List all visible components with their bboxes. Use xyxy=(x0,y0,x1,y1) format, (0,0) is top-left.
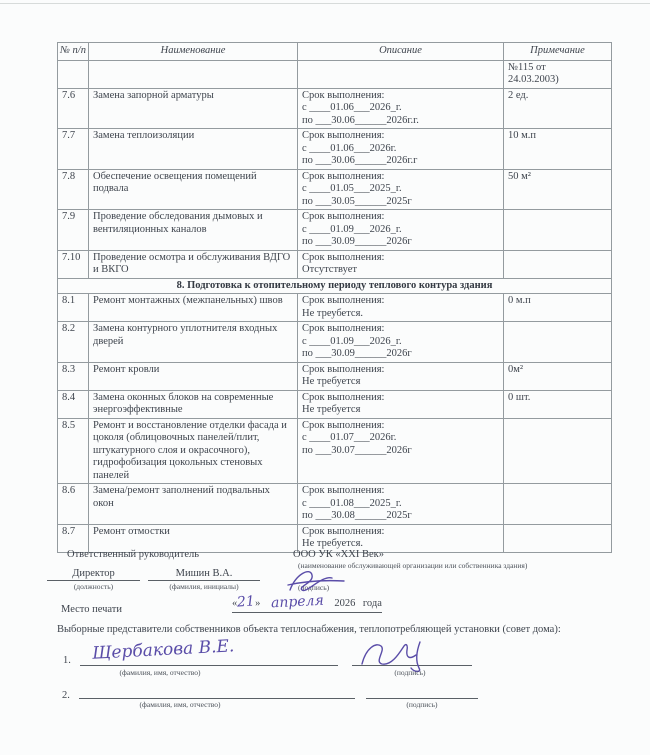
cell-item-note xyxy=(504,322,612,363)
description-line: Срок выполнения: xyxy=(302,485,499,498)
cell-item-note: 0м² xyxy=(504,362,612,390)
cell-item-description: Срок выполнения:с ____01.05___2025_г.по … xyxy=(298,169,504,210)
director-signature xyxy=(286,566,348,596)
cell-item-number: 8.4 xyxy=(58,390,89,418)
cell-item-description: Срок выполнения:с ____01.06___2026г.по _… xyxy=(298,129,504,170)
cell-item-number: 7.10 xyxy=(58,250,89,278)
cell-item-description: Срок выполнения:Отсутствует xyxy=(298,250,504,278)
handwritten-rep1-name: Щербакова В.Е. xyxy=(92,636,235,663)
table-row: 7.8Обеспечение освещения помещений подва… xyxy=(58,169,612,210)
cell-item-note: 2 ед. xyxy=(504,88,612,129)
cell-item-note xyxy=(504,210,612,251)
table-row: 8.6Замена/ремонт заполнений подвальных о… xyxy=(58,484,612,525)
cell-item-name: Проведение обследования дымовых и вентил… xyxy=(89,210,298,251)
column-header-desc: Описание xyxy=(298,43,504,61)
table-row: 8.1Ремонт монтажных (межпанельных) швовС… xyxy=(58,294,612,322)
table-header-row: № п/п Наименование Описание Примечание xyxy=(58,43,612,61)
description-line: по ___30.05______2025г xyxy=(302,196,499,209)
table-row: 7.7Замена теплоизоляцииСрок выполнения:с… xyxy=(58,129,612,170)
note-line: 0м² xyxy=(508,364,607,377)
description-line: с ____01.09___2026_г. xyxy=(302,336,499,349)
section-header-row: 8. Подготовка к отопительному периоду те… xyxy=(58,278,612,294)
rep2-name-field xyxy=(79,680,355,699)
cell-item-name: Ремонт отмостки xyxy=(89,524,298,552)
cell-item-note: №115 от24.03.2003) xyxy=(504,60,612,88)
rep1-signature-hint: (подпись) xyxy=(360,669,460,678)
cell-item-description: Срок выполнения:Не требуется. xyxy=(298,524,504,552)
description-line: Срок выполнения: xyxy=(302,295,499,308)
description-line: Срок выполнения: xyxy=(302,323,499,336)
responsible-manager-label: Ответственный руководитель xyxy=(67,549,199,561)
description-line: с ____01.08___2025_г. xyxy=(302,498,499,511)
cell-item-number: 8.2 xyxy=(58,322,89,363)
note-line: 2 ед. xyxy=(508,90,607,103)
cell-item-description: Срок выполнения:с ____01.08___2025_г.по … xyxy=(298,484,504,525)
table-row: 8.7Ремонт отмосткиСрок выполнения:Не тре… xyxy=(58,524,612,552)
rep2-name-hint: (фамилия, имя, отчество) xyxy=(100,701,260,710)
note-line: 50 м² xyxy=(508,171,607,184)
column-header-name: Наименование xyxy=(89,43,298,61)
organization-name: ООО УК «XXI Век» xyxy=(293,549,384,561)
table-row: 7.6Замена запорной арматурыСрок выполнен… xyxy=(58,88,612,129)
description-line: с ____01.06___2026_г. xyxy=(302,102,499,115)
description-line: Срок выполнения: xyxy=(302,130,499,143)
position-field: Директор xyxy=(47,568,140,581)
description-line: по ___30.06______2026г.г. xyxy=(302,115,499,128)
scanned-document-page: { "page": { "text_color": "#3e444d", "in… xyxy=(0,0,650,755)
cell-item-number: 7.7 xyxy=(58,129,89,170)
table-row: 7.9Проведение обследования дымовых и вен… xyxy=(58,210,612,251)
cell-item-description: Срок выполнения:Не требуется xyxy=(298,390,504,418)
description-line: Срок выполнения: xyxy=(302,392,499,405)
cell-item-note: 0 шт. xyxy=(504,390,612,418)
description-line: Срок выполнения: xyxy=(302,90,499,103)
column-header-note: Примечание xyxy=(504,43,612,61)
cell-item-note xyxy=(504,250,612,278)
cell-item-note: 10 м.п xyxy=(504,129,612,170)
cell-item-name: Обеспечение освещения помещений подвала xyxy=(89,169,298,210)
cell-item-name: Ремонт кровли xyxy=(89,362,298,390)
date-year-suffix: года xyxy=(363,598,382,609)
table-row: 8.5Ремонт и восстановление отделки фасад… xyxy=(58,418,612,484)
rep2-signature-hint: (подпись) xyxy=(372,701,472,710)
rep1-signature xyxy=(356,640,442,670)
cell-item-description: Срок выполнения:с ____01.09___2026_г.по … xyxy=(298,210,504,251)
rep2-number: 2. xyxy=(62,690,70,702)
cell-item-description: Срок выполнения:с ____01.06___2026_г.по … xyxy=(298,88,504,129)
description-line: по ___30.07______2026г xyxy=(302,445,499,458)
description-line: с ____01.05___2025_г. xyxy=(302,183,499,196)
cell-item-number: 8.1 xyxy=(58,294,89,322)
cell-item-note: 0 м.п xyxy=(504,294,612,322)
table-row: 8.2Замена контурного уплотнителя входных… xyxy=(58,322,612,363)
description-line: Отсутствует xyxy=(302,264,499,277)
rep1-number: 1. xyxy=(63,655,71,667)
cell-item-number xyxy=(58,60,89,88)
description-line: по ___30.08______2025г xyxy=(302,510,499,523)
description-line: Срок выполнения: xyxy=(302,526,499,539)
note-line: 10 м.п xyxy=(508,130,607,143)
description-line: с ____01.07___2026г. xyxy=(302,432,499,445)
cell-item-name: Ремонт монтажных (межпанельных) швов xyxy=(89,294,298,322)
date-line: «21» апреля 2026 года xyxy=(232,596,382,613)
description-line: Срок выполнения: xyxy=(302,211,499,224)
description-line: Не требуется xyxy=(302,376,499,389)
cell-item-number: 7.6 xyxy=(58,88,89,129)
cell-item-name: Замена запорной арматуры xyxy=(89,88,298,129)
cell-item-note xyxy=(504,524,612,552)
cell-item-note xyxy=(504,418,612,484)
note-line: 0 м.п xyxy=(508,295,607,308)
maintenance-plan-table: № п/п Наименование Описание Примечание №… xyxy=(57,42,612,553)
handwritten-day: 21 xyxy=(237,595,256,608)
cell-item-name: Замена теплоизоляции xyxy=(89,129,298,170)
date-year: 2026 xyxy=(334,598,355,609)
cell-item-number: 8.7 xyxy=(58,524,89,552)
column-header-num: № п/п xyxy=(58,43,89,61)
description-line: Срок выполнения: xyxy=(302,171,499,184)
cell-item-note xyxy=(504,484,612,525)
description-line: с ____01.06___2026г. xyxy=(302,143,499,156)
description-line: по ___30.09______2026г xyxy=(302,348,499,361)
table-row: 7.10Проведение осмотра и обслуживания ВД… xyxy=(58,250,612,278)
cell-item-name: Проведение осмотра и обслуживания ВДГО и… xyxy=(89,250,298,278)
cell-item-name: Ремонт и восстановление отделки фасада и… xyxy=(89,418,298,484)
handwritten-month: апреля xyxy=(271,595,324,610)
position-hint: (должность) xyxy=(47,583,140,592)
rep2-signature-field xyxy=(366,680,478,699)
cell-item-number: 8.3 xyxy=(58,362,89,390)
cell-item-number: 7.8 xyxy=(58,169,89,210)
cell-item-name xyxy=(89,60,298,88)
description-line: Не требуется xyxy=(302,404,499,417)
section-header-label: 8. Подготовка к отопительному периоду те… xyxy=(58,278,612,294)
cell-item-description: Срок выполнения:Не требуется xyxy=(298,362,504,390)
cell-item-note: 50 м² xyxy=(504,169,612,210)
cell-item-name: Замена контурного уплотнителя входных дв… xyxy=(89,322,298,363)
note-line: №115 от xyxy=(508,62,607,75)
description-line: Срок выполнения: xyxy=(302,252,499,265)
surname-field: Мишин В.А. xyxy=(148,568,260,581)
table-row: №115 от24.03.2003) xyxy=(58,60,612,88)
note-line: 0 шт. xyxy=(508,392,607,405)
cell-item-name: Замена/ремонт заполнений подвальных окон xyxy=(89,484,298,525)
table-row: 8.3Ремонт кровлиСрок выполнения:Не требу… xyxy=(58,362,612,390)
table-row: 8.4Замена оконных блоков на современные … xyxy=(58,390,612,418)
cell-item-description: Срок выполнения:с ____01.09___2026_г.по … xyxy=(298,322,504,363)
representatives-paragraph: Выборные представители собственников объ… xyxy=(57,624,613,636)
cell-item-description: Срок выполнения:с ____01.07___2026г.по _… xyxy=(298,418,504,484)
rep1-name-hint: (фамилия, имя, отчество) xyxy=(80,669,240,678)
rep1-name-field: Щербакова В.Е. xyxy=(80,640,338,666)
cell-item-description xyxy=(298,60,504,88)
description-line: Срок выполнения: xyxy=(302,364,499,377)
description-line: с ____01.09___2026_г. xyxy=(302,224,499,237)
cell-item-number: 7.9 xyxy=(58,210,89,251)
cell-item-description: Срок выполнения:Не треубется. xyxy=(298,294,504,322)
surname-hint: (фамилия, инициалы) xyxy=(148,583,260,592)
cell-item-number: 8.5 xyxy=(58,418,89,484)
description-line: Не треубется. xyxy=(302,308,499,321)
date-close-quote: » xyxy=(255,598,260,609)
description-line: по ___30.09______2026г xyxy=(302,236,499,249)
seal-place-label: Место печати xyxy=(61,604,122,616)
scan-artifact-line xyxy=(0,3,650,4)
description-line: Срок выполнения: xyxy=(302,420,499,433)
cell-item-name: Замена оконных блоков на современные эне… xyxy=(89,390,298,418)
cell-item-number: 8.6 xyxy=(58,484,89,525)
note-line: 24.03.2003) xyxy=(508,74,607,87)
description-line: по ___30.06______2026г.г xyxy=(302,155,499,168)
